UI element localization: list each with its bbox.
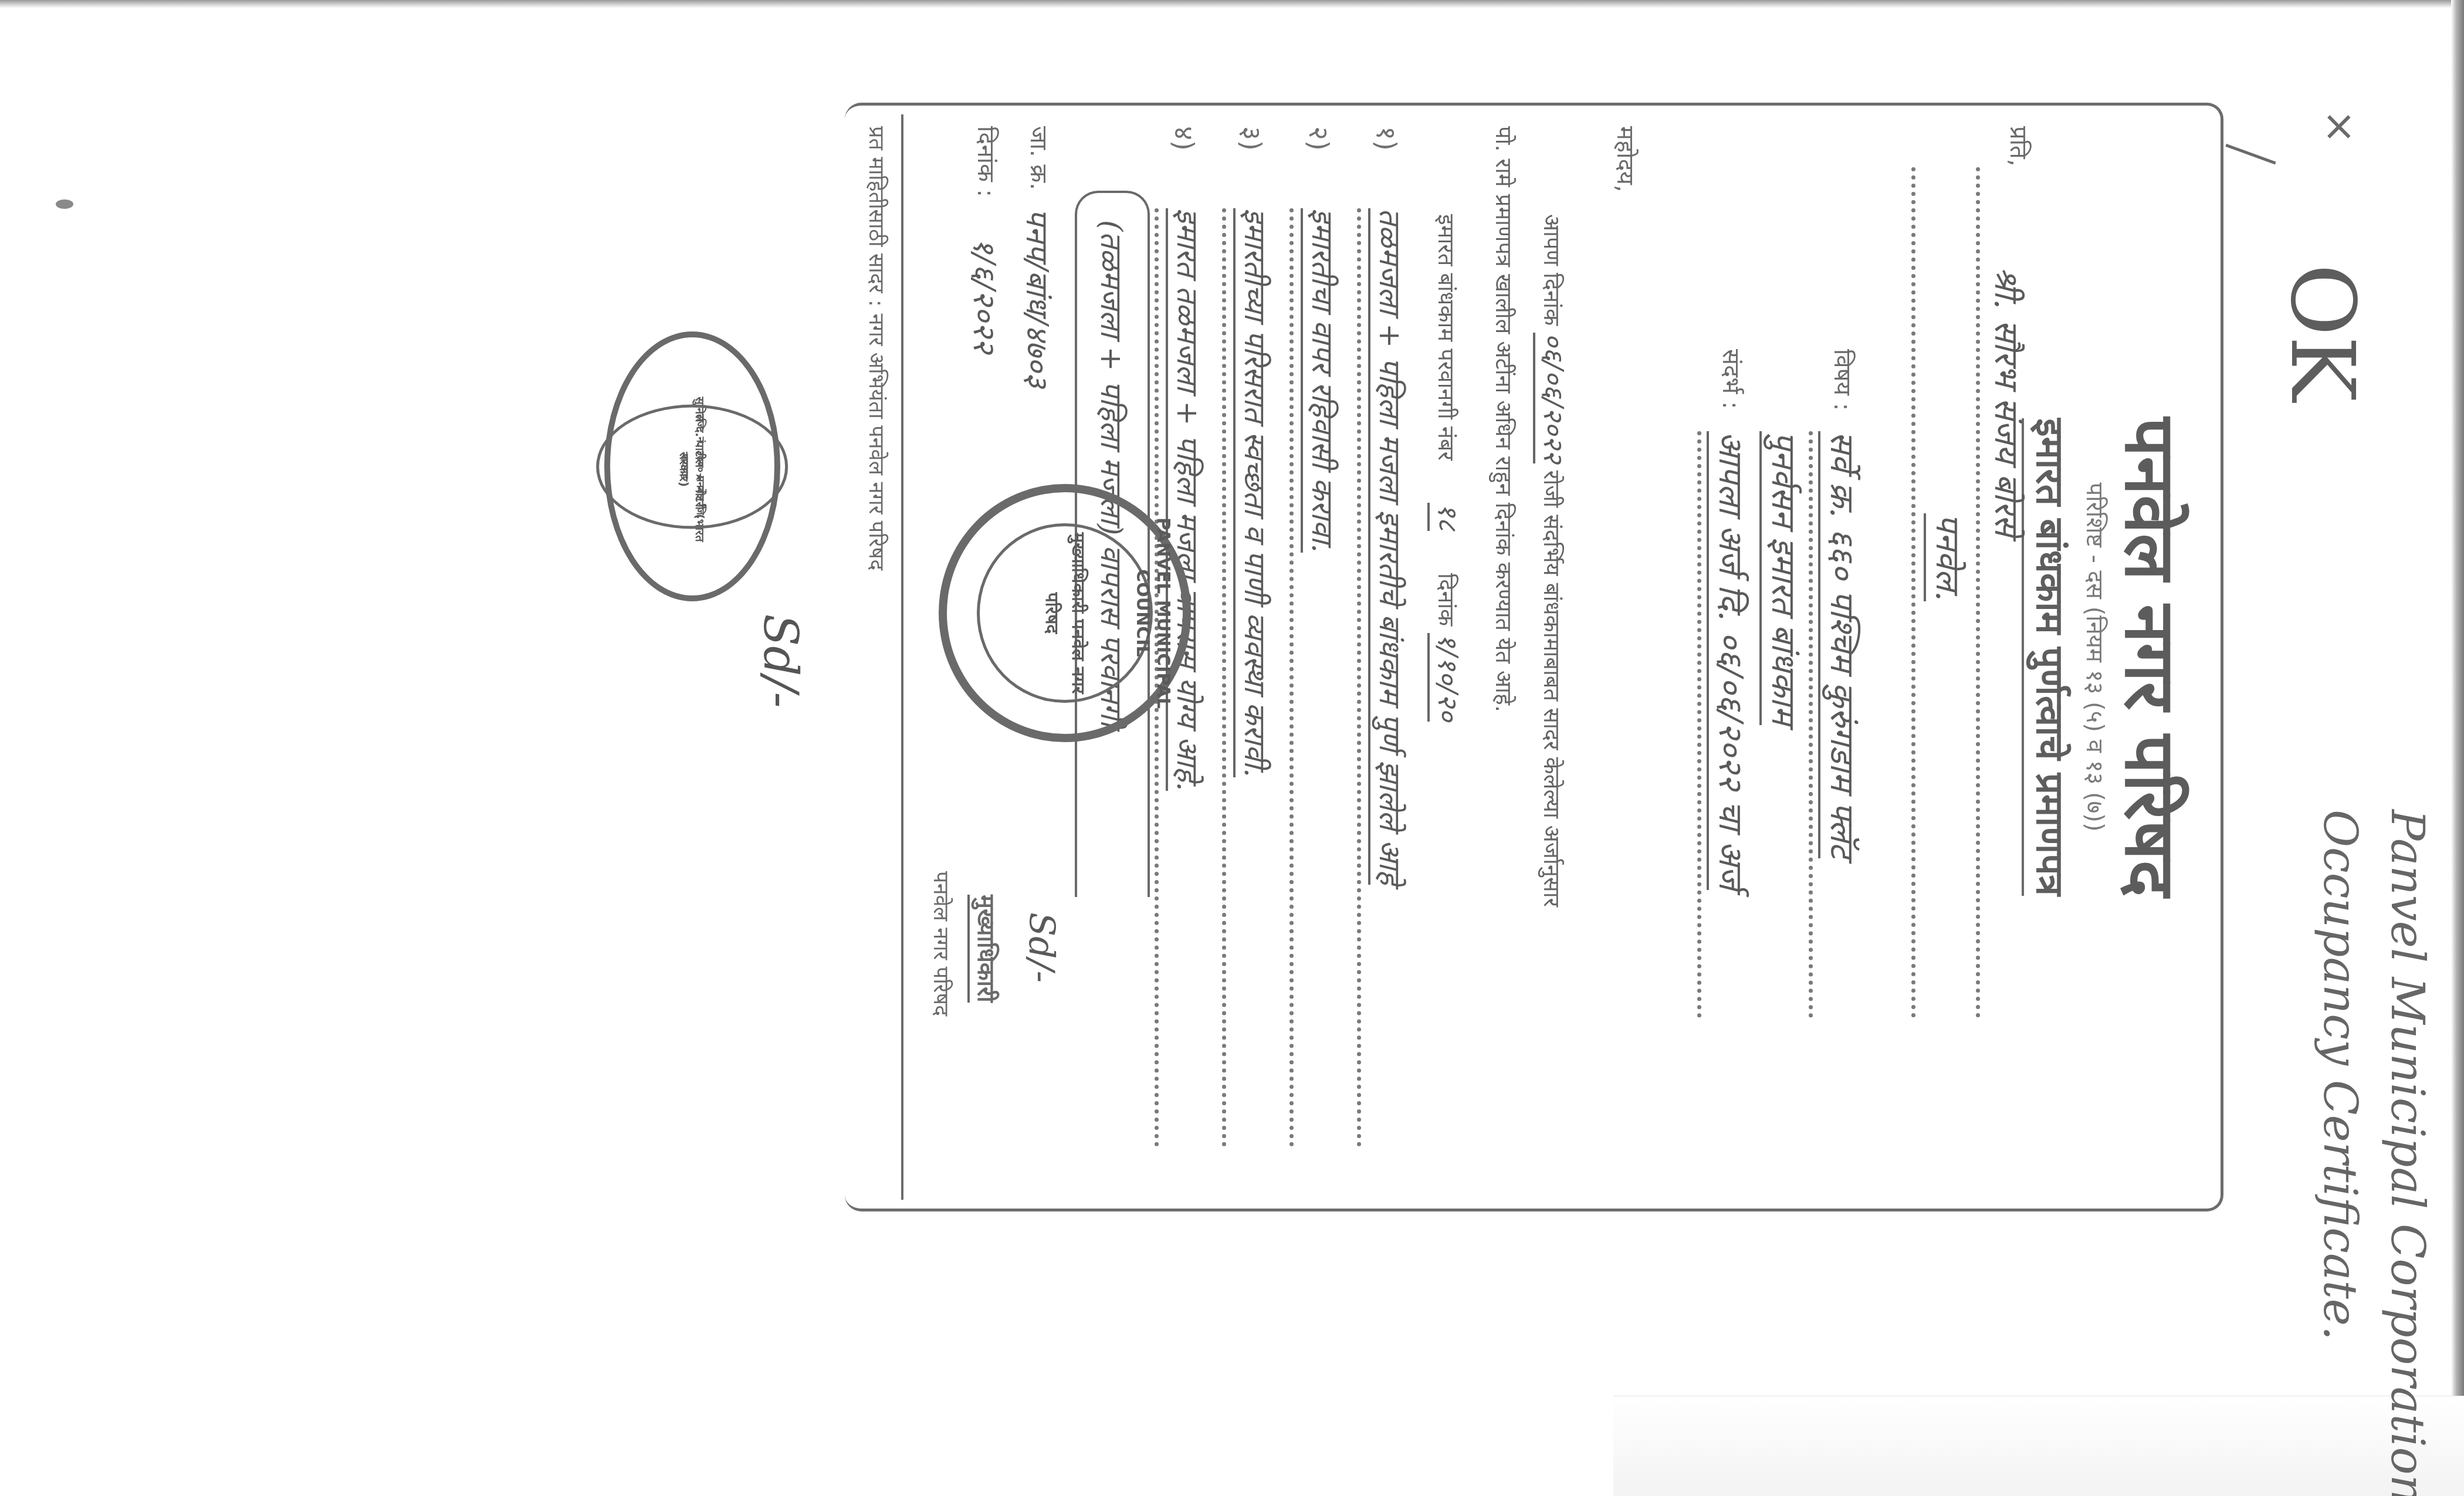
signatory-designation: मुख्याधिकारी	[971, 895, 1003, 1003]
outward-label: जा. क्र.	[1024, 126, 1056, 190]
footer-note: प्रत माहितीसाठी सादर : नगर अभियंता पनवेल…	[863, 126, 892, 570]
certificate-page: पनवेल नगर परिषद परिशिष्ट - दस (नियम १३ (…	[845, 103, 1954, 1481]
body-para1-prefix: आपण दिनांक	[1539, 214, 1565, 326]
signatory-signature: Sd/-	[1021, 912, 1062, 983]
scan-top-edge	[0, 0, 2464, 8]
permit-number: १८	[1427, 503, 1464, 531]
scan-right-edge	[2451, 0, 2464, 1496]
condition-1-value: तळमजला + पहिला मजला इमारतीचे बांधकाम पुर…	[1368, 208, 1407, 885]
subject-line-1-text: सर्वे क्र. ६६० पश्चिम कुरुंगडाम फ्लॅट	[1818, 431, 1861, 858]
condition-1-number: १)	[1369, 126, 1405, 151]
condition-3-number: ३)	[1234, 126, 1270, 151]
addressee-dotline-1	[1976, 167, 1980, 1018]
body-paragraph-1: आपण दिनांक ०६/०६/२०२२ रोजी संदर्भिय बांध…	[1536, 214, 1572, 907]
reference-dotline	[1697, 431, 1701, 1018]
permit-date-label: दिनांक	[1433, 573, 1459, 626]
condition-3-text: इमारतीच्या परिसरात स्वच्छता व पाणी व्यवस…	[1236, 208, 1276, 777]
condition-3-dotline	[1222, 208, 1226, 1147]
notary-seal: सुनिल द. पाटील ★ नोटरी (भारत सरकार) रजि.…	[604, 331, 780, 601]
subject-dotline	[1809, 431, 1813, 1018]
permit-line: इमारत बांधकाम परवानगी नंबर १८ दिनांक १/१…	[1430, 214, 1467, 722]
body-paragraph-2: पो. रामे प्रमाणपत्र खालील अटींना अधिन रा…	[1489, 126, 1519, 712]
municipal-seal-ring-text: PANVEL MUNICIPAL COUNCIL	[1132, 492, 1173, 734]
notary-seal-center-text: रजि. नं. ३७०० पनवेल जि. रायगड	[676, 407, 708, 526]
addressee-city: पनवेल.	[1927, 513, 1971, 601]
footer-rule	[901, 114, 903, 1200]
municipal-council-seal: PANVEL MUNICIPAL COUNCIL मुख्याधिकारी पन…	[939, 484, 1191, 742]
cross-mark: ×	[2316, 110, 2364, 144]
addressee-label: प्रति,	[2003, 126, 2036, 167]
reference-label: संदर्भ :	[1716, 349, 1748, 409]
condition-1-text: तळमजला + पहिला मजला इमारतीचे बांधकाम पुर…	[1371, 208, 1411, 885]
signatory-office: पनवेल नगर परिषद	[928, 871, 956, 1016]
addressee-name: श्री. सौरभ संजय बोरसे	[1985, 267, 2030, 536]
body-para1-suffix: रोजी संदर्भिय बांधकामाबाबत सादर केलेल्या…	[1539, 471, 1565, 907]
municipal-seal-center: मुख्याधिकारी पनवेल नगर परिषद	[977, 523, 1152, 703]
outward-date: १/६/२०२२	[964, 238, 1006, 353]
subject-line-2-text: पुनर्वसन इमारत बांधकाम	[1759, 431, 1802, 725]
margin-note-line1: Panvel Municipal Corporation	[2373, 810, 2441, 1455]
salutation: महोदय,	[1610, 126, 1643, 192]
margin-note-line2: Occupancy Certificate.	[2306, 810, 2373, 1455]
authority-title: पनवेल नगर परिषद	[2106, 103, 2200, 1211]
appendix-label: परिशिष्ट - दस (नियम १३ (५) व १३ (७))	[2080, 103, 2112, 1211]
ok-mark: OK	[2271, 263, 2373, 401]
margin-handwritten-notes: Panvel Municipal Corporation Occupancy C…	[2206, 810, 2441, 1455]
condition-2-text: इमारतीचा वापर रहिवासी करावा.	[1304, 208, 1343, 553]
condition-2-dotline	[1289, 208, 1294, 1147]
certificate-title: इमारत बांधकाम पुर्णत्वाचे प्रमाणपत्र	[2026, 103, 2077, 1211]
reference-text-value: आपला अर्ज दि. ०६/०६/२०२२ चा अर्ज	[1707, 431, 1749, 890]
condition-2-number: २)	[1301, 126, 1338, 151]
subject-label: विषय :	[1827, 349, 1860, 411]
condition-4-text: इमारत तळमजला + पहिला मजला वापरास योग्य आ…	[1169, 208, 1209, 791]
scan-smudge	[56, 199, 73, 209]
permit-date: १/१०/२०	[1427, 633, 1464, 722]
reference-text: आपला अर्ज दि. ०६/०६/२०२२ चा अर्ज	[1710, 431, 1754, 890]
outward-date-label: दिनांक :	[971, 126, 1003, 197]
condition-3-value: इमारतीच्या परिसरात स्वच्छता व पाणी व्यवस…	[1233, 208, 1272, 777]
condition-2-value: इमारतीचा वापर रहिवासी करावा.	[1301, 208, 1339, 553]
permit-label: इमारत बांधकाम परवानगी नंबर	[1433, 214, 1459, 461]
notary-seal-center: रजि. नं. ३७०० पनवेल जि. रायगड	[597, 404, 788, 529]
subject-line-2: पुनर्वसन इमारत बांधकाम	[1762, 431, 1807, 725]
addressee-dotline-2	[1911, 167, 1915, 1018]
subject-line-1: सर्वे क्र. ६६० पश्चिम कुरुंगडाम फ्लॅट	[1821, 431, 1866, 858]
body-para1-date: ०६/०६/२०२२	[1533, 333, 1569, 463]
signatory-designation-text: मुख्याधिकारी	[967, 895, 999, 1003]
outward-number: पनप/बांध/४७०३	[1017, 208, 1059, 388]
municipal-seal-center-text: मुख्याधिकारी पनवेल नगर परिषद	[1038, 526, 1091, 700]
margin-tick-mark	[2225, 144, 2276, 164]
notary-signature: Sd/-	[753, 614, 808, 708]
addressee-city-text: पनवेल.	[1924, 513, 1967, 601]
certificate-rotated-content: पनवेल नगर परिषद परिशिष्ट - दस (नियम १३ (…	[845, 103, 2223, 1211]
condition-1-dotline	[1357, 208, 1361, 1147]
condition-4-number: ४)	[1166, 126, 1203, 151]
